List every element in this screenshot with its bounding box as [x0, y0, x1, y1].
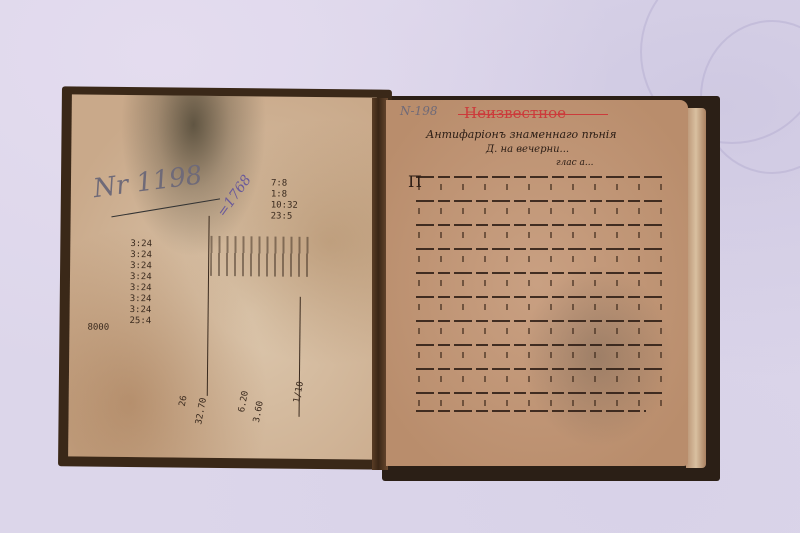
- right-page: N-198 Неизвестное Антифаріонъ знаменнаго…: [386, 100, 688, 466]
- lyric-syllables: [418, 256, 663, 262]
- inventory-number: Nr 1198: [92, 160, 205, 204]
- sum-value: 26: [178, 395, 191, 408]
- sum-value: 32.70: [194, 397, 210, 426]
- lyric-syllables: [418, 184, 663, 190]
- page-edges: [686, 108, 706, 468]
- ruled-line: [207, 216, 210, 396]
- sum-value: 6.20: [237, 390, 252, 413]
- margin-number: 8000: [87, 323, 109, 334]
- lyric-syllables: [418, 208, 663, 214]
- lyric-syllables: [418, 232, 663, 238]
- number-grid: [210, 236, 310, 277]
- sum-value: 1/10: [292, 381, 307, 404]
- sum-value: 3.60: [252, 400, 267, 423]
- shelf-mark: N-198: [400, 104, 437, 118]
- lyric-syllables: [418, 280, 663, 286]
- red-strikeline: [458, 114, 608, 115]
- neume-staff: [416, 368, 666, 370]
- lyric-syllables: [418, 400, 663, 406]
- neume-staff: [416, 248, 666, 250]
- title-line-1: Антифаріонъ знаменнаго пѣнія: [426, 128, 617, 141]
- open-manuscript-book: Nr 1198 =1768 3:24 3:24 3:24 3:24 3:24 3…: [60, 88, 720, 478]
- red-heading: Неизвестное: [464, 104, 566, 122]
- neume-staff: [416, 392, 666, 394]
- neume-staff: [416, 344, 666, 346]
- neume-staff: [416, 410, 646, 412]
- number-column: 7:8 1:8 10:32 23:5: [271, 179, 299, 223]
- neume-staff: [416, 176, 666, 178]
- neume-staff: [416, 200, 666, 202]
- lyric-syllables: [418, 352, 663, 358]
- title-line-3: глас а...: [556, 158, 594, 168]
- title-line-2: Д. на вечерни...: [486, 144, 569, 155]
- purple-annotation: =1768: [214, 172, 255, 220]
- neume-staff: [416, 320, 666, 322]
- lyric-syllables: [418, 304, 663, 310]
- number-column: 3:24 3:24 3:24 3:24 3:24 3:24 3:24 25:4: [129, 239, 152, 327]
- neume-staff: [416, 296, 666, 298]
- neume-staff: [416, 224, 666, 226]
- left-page: Nr 1198 =1768 3:24 3:24 3:24 3:24 3:24 3…: [68, 94, 377, 459]
- neume-staff: [416, 272, 666, 274]
- lyric-syllables: [418, 376, 663, 382]
- underline: [111, 198, 220, 217]
- lyric-syllables: [418, 328, 663, 334]
